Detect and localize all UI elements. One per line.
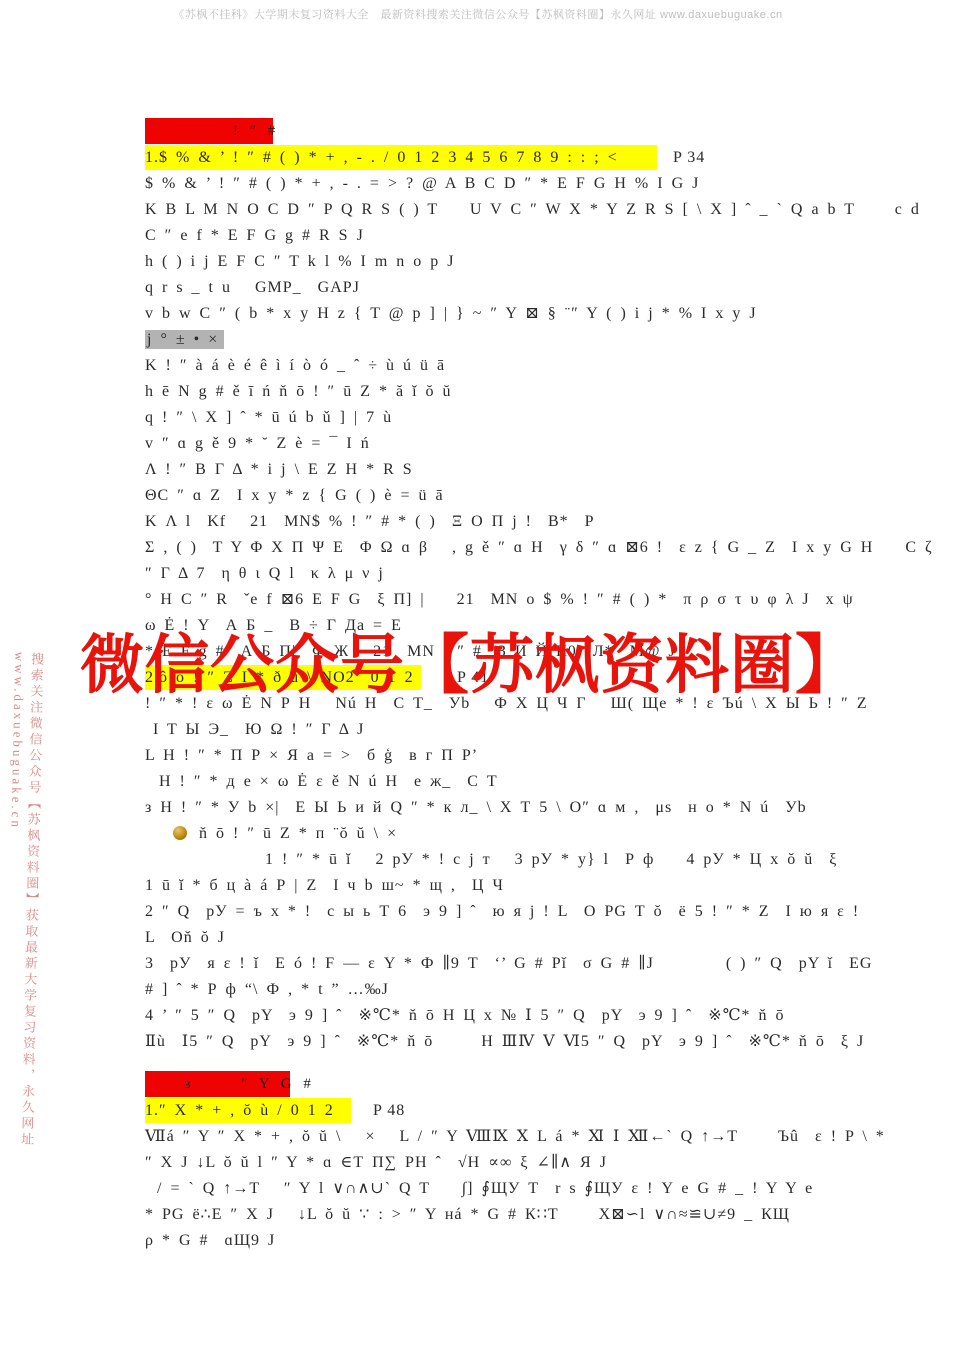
line-text: з H ! ″ * У b ×| Е Ы Ь и й Q ″ * к л_ \ … bbox=[145, 799, 807, 816]
line-text: Ⅱù Ⅰ5 ″ Q рY э 9 ] ˆ ※℃* ň ō Н ⅢⅣ Ⅴ Ⅵ5 ″… bbox=[145, 1033, 864, 1050]
text-line: ρ * G # ɑЩ9 J bbox=[145, 1228, 845, 1254]
text-line: H ! ″ * д е × ω Ė ε ě N ú H е ж_ С Т bbox=[145, 769, 845, 795]
text-line: K B L M N O C D ″ P Q R S ( ) T U V C ″ … bbox=[145, 197, 845, 223]
text-line: ° H C ″ R ˇe f ⊠6 E F G ξ Π] | 21 MN o $… bbox=[145, 587, 845, 613]
text-line: v ″ ɑ g ě 9 * ˘ Z è = ¯ I ń bbox=[145, 431, 845, 457]
line-text: 1 ū ĭ * б ц à á Р | Z Ι ч b ш~ * щ , Ц Ч bbox=[145, 877, 504, 894]
line-text: h ( ) i j E F C ″ T k l % I m n o p J bbox=[145, 253, 455, 270]
line-text: L Оň ŏ J bbox=[145, 929, 225, 946]
line-text: Λ ! ″ Β Γ Δ * i j \ Ε Ζ Η * R S bbox=[145, 461, 413, 478]
section-heading-box: ɜ ″ Y G # bbox=[145, 1071, 290, 1097]
text-line: Σ , ( ) Τ Υ Φ Χ Π Ψ Ε Φ Ω ɑ β , g ě ″ ɑ … bbox=[145, 535, 845, 561]
line-text: * РG ё∴Е ″ Х J ↓L ŏ ŭ ∵ : > ″ Y нá * G #… bbox=[145, 1206, 790, 1223]
line-text: 1 ! ″ * ū ĭ 2 рУ * ! с j т 3 рУ * у} l Р… bbox=[265, 851, 837, 868]
text-line: ΘC ″ ɑ Z Ι x y * z { G ( ) è = ü ā bbox=[145, 483, 845, 509]
text-line: ň ō ! ″ ū Z * п ¨ŏ ŭ \ × bbox=[145, 821, 845, 847]
text-line: ″ Γ Δ 7 η θ ι Q l κ λ μ ν j bbox=[145, 561, 845, 587]
text-line: L Оň ŏ J bbox=[145, 925, 845, 951]
line-text: ° H C ″ R ˇe f ⊠6 E F G ξ Π] | 21 MN o $… bbox=[145, 591, 854, 608]
line-text: Ⅶá ″ Y ″ X * + , ŏ ŭ \ × L / ″ Y ⅧⅨ Ⅹ L … bbox=[145, 1128, 885, 1145]
section-gap bbox=[145, 1055, 845, 1071]
text-line: K ! ″ à á è é ê ì í ò ó _ ˆ ÷ ù ú ü ā bbox=[145, 353, 845, 379]
line-text: / = ` Q ↑→T ″ Y l ∨∩∧∪` Q T ∫] ∮ЩУ Т r s… bbox=[157, 1180, 813, 1197]
text-line: q r s _ t u GMP_ GAPJ bbox=[145, 275, 845, 301]
line-text: K Λ l Kf 21 MN$ % ! ″ # * ( ) Ξ Ο Π j ! … bbox=[145, 513, 595, 530]
line-text: K ! ″ à á è é ê ì í ò ó _ ˆ ÷ ù ú ü ā bbox=[145, 357, 445, 374]
line-text: H ! ″ * д е × ω Ė ε ě N ú H е ж_ С Т bbox=[159, 773, 498, 790]
text-line: j ° ± • × bbox=[145, 327, 845, 353]
text-line: Λ ! ″ Β Γ Δ * i j \ Ε Ζ Η * R S bbox=[145, 457, 845, 483]
text-line: * РG ё∴Е ″ Х J ↓L ŏ ŭ ∵ : > ″ Y нá * G #… bbox=[145, 1202, 845, 1228]
page-ref: P 34 bbox=[673, 145, 705, 170]
gold-bullet-icon bbox=[173, 826, 187, 840]
text-line: L H ! ″ * П Р × Я a = > б ģ в г П Р’ bbox=[145, 743, 845, 769]
text-line: h ē N g # ě ī ń ň ō ! ″ ū Z * ă ĭ ŏ ŭ bbox=[145, 379, 845, 405]
line-text: # ] ˆ * Р ф “\ Ф , * t ” …‰J bbox=[145, 981, 389, 998]
line-text: q r s _ t u GMP_ GAPJ bbox=[145, 279, 360, 296]
text-line: / = ` Q ↑→T ″ Y l ∨∩∧∪` Q T ∫] ∮ЩУ Т r s… bbox=[145, 1176, 845, 1202]
line-text: q ! ″ \ X ] ˆ * ū ú b ǔ ] | 7 ù bbox=[145, 409, 392, 426]
text-line: з H ! ″ * У b ×| Е Ы Ь и й Q ″ * к л_ \ … bbox=[145, 795, 845, 821]
line-text: C ″ e f * E F G g # R S J bbox=[145, 227, 364, 244]
section-heading-box: ! ″ # bbox=[145, 118, 273, 144]
text-line: Ι Τ Ы Э_ Ю Ω ! ″ Γ Δ J bbox=[145, 717, 845, 743]
highlighted-entry: 1.$ % & ’ ! ″ # ( ) * + , - . / 0 1 2 3 … bbox=[145, 145, 657, 170]
line-text: $ % & ’ ! ″ # ( ) * + , - . = > ? @ A B … bbox=[145, 175, 699, 192]
text-line: 2 ″ Q рУ = ъ х * ! с ы ь Т 6 э 9 ] ˆ ю я… bbox=[145, 899, 845, 925]
line-text: L H ! ″ * П Р × Я a = > б ģ в г П Р’ bbox=[145, 747, 478, 764]
text-line: q ! ″ \ X ] ˆ * ū ú b ǔ ] | 7 ù bbox=[145, 405, 845, 431]
text-line: $ % & ’ ! ″ # ( ) * + , - . = > ? @ A B … bbox=[145, 171, 845, 197]
gray-marked-text: j ° ± • × bbox=[145, 330, 224, 349]
line-text: ΘC ″ ɑ Z Ι x y * z { G ( ) è = ü ā bbox=[145, 487, 444, 504]
toc-entry-row: 1.$ % & ’ ! ″ # ( ) * + , - . / 0 1 2 3 … bbox=[145, 145, 845, 171]
text-line: C ″ e f * E F G g # R S J bbox=[145, 223, 845, 249]
text-line: Ⅶá ″ Y ″ X * + , ŏ ŭ \ × L / ″ Y ⅧⅨ Ⅹ L … bbox=[145, 1124, 845, 1150]
line-text: 4 ’ ″ 5 ″ Q рY э 9 ] ˆ ※℃* ň ō Н Ц х № Ⅰ… bbox=[145, 1007, 785, 1024]
text-line: K Λ l Kf 21 MN$ % ! ″ # * ( ) Ξ Ο Π j ! … bbox=[145, 509, 845, 535]
text-line: 3 рУ я ε ! ǐ Е ó ! F — ε Y * Ф ∥9 Т ‘’ G… bbox=[145, 951, 845, 977]
line-text: ň ō ! ″ ū Z * п ¨ŏ ŭ \ × bbox=[199, 825, 397, 842]
line-text: 3 рУ я ε ! ǐ Е ó ! F — ε Y * Ф ∥9 Т ‘’ G… bbox=[145, 955, 872, 972]
text-line: h ( ) i j E F C ″ T k l % I m n o p J bbox=[145, 249, 845, 275]
text-line: Ⅱù Ⅰ5 ″ Q рY э 9 ] ˆ ※℃* ň ō Н ⅢⅣ Ⅴ Ⅵ5 ″… bbox=[145, 1029, 845, 1055]
line-text: ″ Γ Δ 7 η θ ι Q l κ λ μ ν j bbox=[145, 565, 384, 582]
text-line: v b w C ″ ( b * x y H z { T @ p ] | } ~ … bbox=[145, 301, 845, 327]
side-watermark: 搜索关注微信公众号【苏枫资料圈】获取最新大学复习资料，永久网址www.daxue… bbox=[1, 652, 46, 1153]
page-header-text: 《苏枫不挂科》大学期末复习资料大全 最新资料搜索关注微信公众号【苏枫资料圈】永久… bbox=[0, 6, 956, 22]
document-page: 《苏枫不挂科》大学期末复习资料大全 最新资料搜索关注微信公众号【苏枫资料圈】永久… bbox=[0, 0, 956, 1353]
line-text: h ē N g # ě ī ń ň ō ! ″ ū Z * ă ĭ ŏ ŭ bbox=[145, 383, 452, 400]
line-text: ρ * G # ɑЩ9 J bbox=[145, 1232, 275, 1249]
text-line: 1 ! ″ * ū ĭ 2 рУ * ! с j т 3 рУ * у} l Р… bbox=[145, 847, 845, 873]
line-text: K B L M N O C D ″ P Q R S ( ) T U V C ″ … bbox=[145, 201, 920, 218]
text-line: ″ X J ↓L ŏ ŭ l ″ Y * ɑ ∈Т П∑ РН ˆ √Н ∝∞ … bbox=[145, 1150, 845, 1176]
text-line: 1 ū ĭ * б ц à á Р | Z Ι ч b ш~ * щ , Ц Ч bbox=[145, 873, 845, 899]
line-text: v ″ ɑ g ě 9 * ˘ Z è = ¯ I ń bbox=[145, 435, 370, 452]
highlighted-entry: 1.″ X * + , ŏ ù / 0 1 2 bbox=[145, 1098, 351, 1123]
center-watermark: 微信公众号【苏枫资料圈】 bbox=[80, 626, 880, 706]
line-text: Ι Τ Ы Э_ Ю Ω ! ″ Γ Δ J bbox=[153, 721, 364, 738]
line-text: Σ , ( ) Τ Υ Φ Χ Π Ψ Ε Φ Ω ɑ β , g ě ″ ɑ … bbox=[145, 539, 933, 556]
toc-entry-row: 1.″ X * + , ŏ ù / 0 1 2P 48 bbox=[145, 1098, 845, 1124]
line-text: 2 ″ Q рУ = ъ х * ! с ы ь Т 6 э 9 ] ˆ ю я… bbox=[145, 903, 859, 920]
text-line: 4 ’ ″ 5 ″ Q рY э 9 ] ˆ ※℃* ň ō Н Ц х № Ⅰ… bbox=[145, 1003, 845, 1029]
line-text: v b w C ″ ( b * x y H z { T @ p ] | } ~ … bbox=[145, 305, 757, 322]
text-line: # ] ˆ * Р ф “\ Ф , * t ” …‰J bbox=[145, 977, 845, 1003]
page-ref: P 48 bbox=[373, 1098, 405, 1123]
line-text: ″ X J ↓L ŏ ŭ l ″ Y * ɑ ∈Т П∑ РН ˆ √Н ∝∞ … bbox=[145, 1154, 607, 1171]
